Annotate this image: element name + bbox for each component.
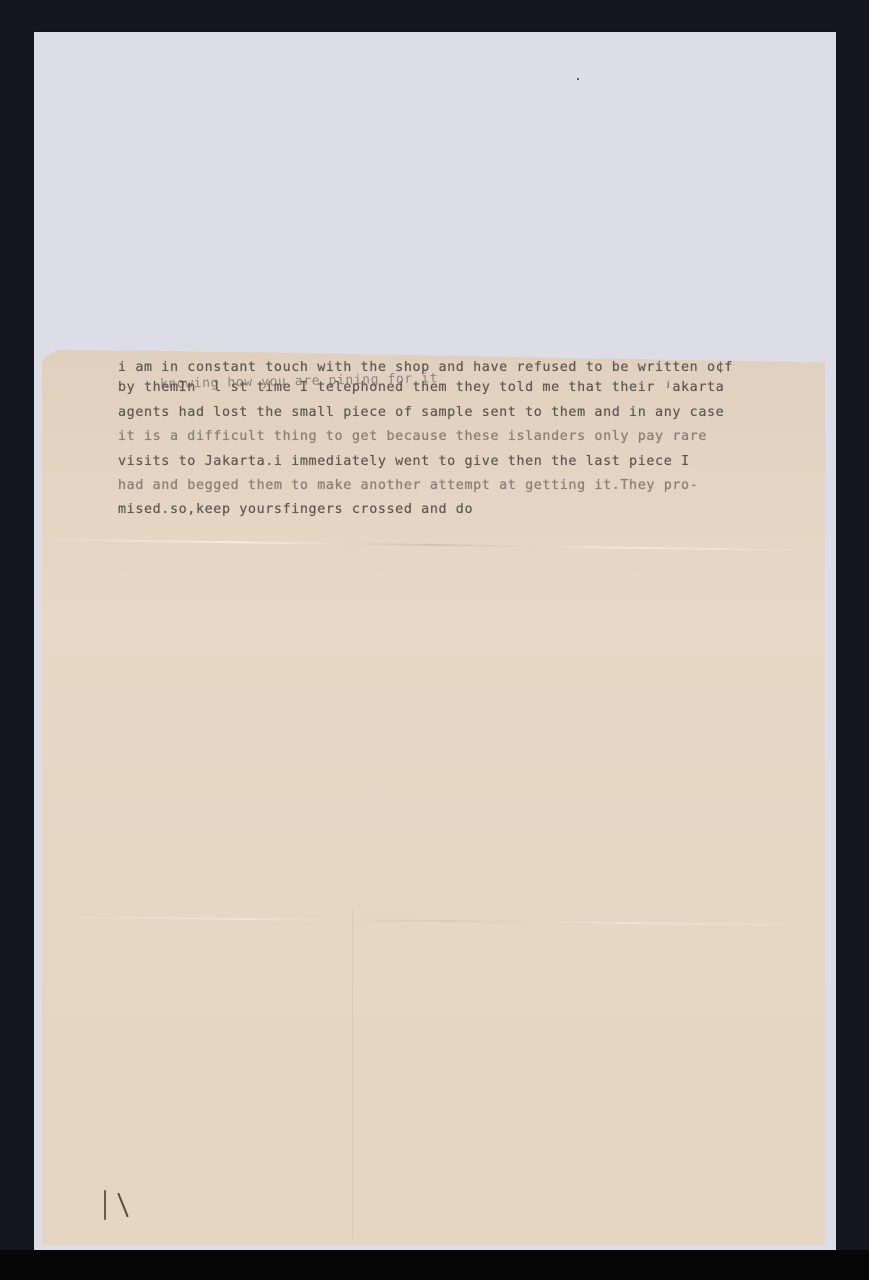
text-line-7: mised.so,keep yoursfingers crossed and d… [118,502,473,517]
text-line-6: had and begged them to make another atte… [118,478,698,493]
pencil-margin-marks [100,1190,140,1240]
text-line-5: visits to Jakarta.i immediately went to … [118,454,690,469]
letter-page: i am in constant touch with the shop and… [42,348,825,1245]
pencil-stroke [117,1193,129,1218]
pencil-stroke [104,1190,106,1220]
dust-speck [577,78,579,80]
text-line-3: agents had lost the small piece of sampl… [118,405,724,420]
paper-fold-crease [42,539,825,552]
paper-fold-crease [42,916,825,926]
text-line-2: by themIn l st time I telephoned them th… [118,380,724,395]
text-line-4: it is a difficult thing to get because t… [118,429,707,444]
scan-bottom-edge [0,1250,869,1280]
paper-vertical-crease [352,908,353,1238]
